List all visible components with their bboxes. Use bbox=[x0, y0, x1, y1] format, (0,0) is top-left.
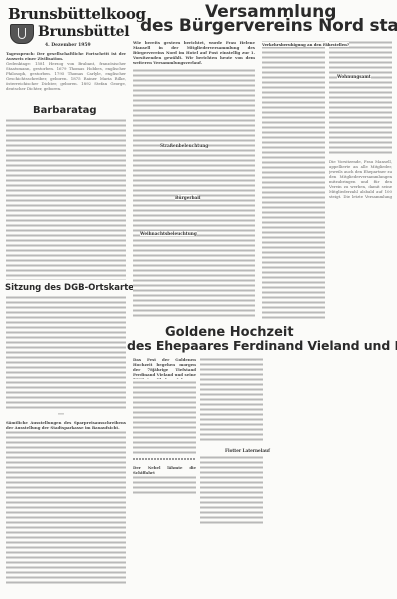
notices-body: Sämtliche Ausstellungen des Sparpreisaus… bbox=[6, 420, 126, 585]
subhead-buergerball: Bürgerball bbox=[175, 195, 200, 200]
subhead-strassenbeleuchtung: Straßenbeleuchtung bbox=[160, 143, 208, 148]
main-body-col2 bbox=[133, 68, 255, 318]
town-crest-icon bbox=[10, 24, 34, 44]
golden-wedding-headline-line2: des Ehepaares Ferdinand Vieland und Frau bbox=[127, 338, 397, 353]
masthead-title: Brunsbüttelkoog bbox=[8, 5, 146, 23]
separator-rule bbox=[133, 458, 196, 460]
main-closing: Die Vorsitzende, Frau Mansell, appellier… bbox=[329, 159, 392, 199]
nebel-lead: Der Nebel lähmte die Schiffahrt bbox=[133, 465, 196, 475]
barbaratag-body bbox=[6, 118, 126, 280]
gedenktage-block: Tagesspruch: Der gesellschaftliche Forts… bbox=[6, 51, 126, 103]
notice-1: Sämtliche Ausstellungen des Sparpreisaus… bbox=[6, 420, 126, 430]
barbaratag-headline: Barbaratag bbox=[33, 105, 97, 116]
laternelauf-body bbox=[200, 455, 263, 525]
gedenktage-text: Gedenktage: 1581 Herzog von Brabant, fra… bbox=[6, 61, 126, 91]
subhead-wohnungsamt: Wohnungsamt bbox=[337, 74, 371, 79]
golden-wedding-body-col2 bbox=[200, 357, 263, 442]
golden-wedding-body-col1 bbox=[133, 380, 196, 455]
nebel-body: Der Nebel lähmte die Schiffahrt bbox=[133, 465, 196, 495]
subhead-verkehrsberuhigung: Verkehrsberuhigung an den Fährstellen? bbox=[262, 42, 349, 47]
main-headline-line2: des Bürgervereins Nord stark besucht bbox=[140, 16, 397, 36]
main-lead: Wie bereits gestern berichtet, wurde Fra… bbox=[133, 40, 255, 65]
dgb-headline: Sitzung des DGB-Ortskartells bbox=[5, 283, 145, 293]
issue-date: 4. Dezember 1959 bbox=[45, 43, 91, 48]
newspaper-page: Brunsbüttelkoog Brunsbüttel 4. Dezember … bbox=[0, 0, 397, 599]
subhead-weihnachtsbeleuchtung: Weihnachtsbeleuchtung bbox=[140, 231, 197, 236]
dgb-body bbox=[6, 295, 126, 410]
separator-stars: *** bbox=[58, 412, 64, 417]
subhead-laternelauf: Flotter Laternelauf bbox=[225, 448, 270, 453]
golden-wedding-lead: Das Fest der Goldenen Hochzeit begehen m… bbox=[133, 357, 196, 379]
masthead-subtitle: Brunsbüttel bbox=[38, 24, 129, 40]
tagesspruch-text: Tagesspruch: Der gesellschaftliche Forts… bbox=[6, 51, 126, 61]
